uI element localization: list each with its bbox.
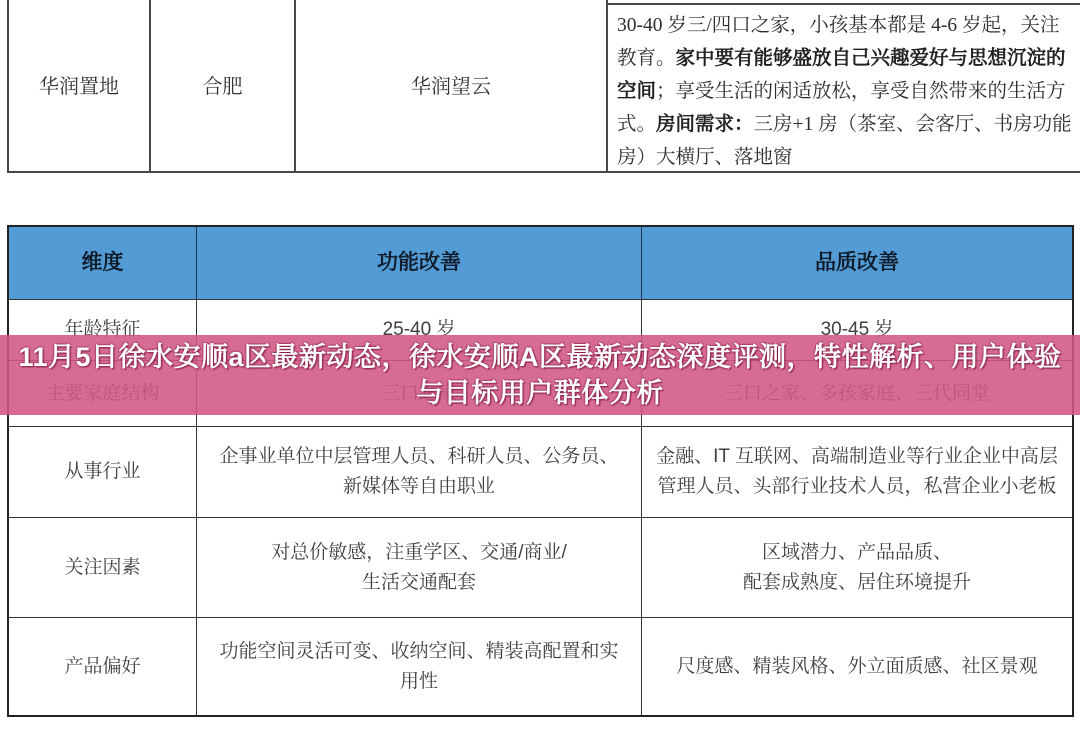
functional-cell: 企事业单位中层管理人员、科研人员、公务员、 新媒体等自由职业 (197, 427, 642, 517)
dimension-cell: 从事行业 (9, 427, 197, 517)
table-row-industry: 从事行业 企事业单位中层管理人员、科研人员、公务员、 新媒体等自由职业 金融、I… (9, 426, 1072, 517)
table-row-focus-factors: 关注因素 对总价敏感，注重学区、交通/商业/ 生活交通配套 区域潜力、产品品质、… (9, 517, 1072, 617)
project-name-cell: 华润望云 (296, 0, 608, 171)
profile-segment-bold: 房间需求： (656, 114, 754, 135)
dimension-cell: 产品偏好 (9, 618, 197, 715)
project-table: 华润置地 合肥 华润望云 30-40 岁三/四口之家，小孩基本都是 4-6 岁起… (7, 0, 1080, 173)
quality-cell: 尺度感、精装风格、外立面质感、社区景观 (642, 618, 1072, 715)
quality-cell: 区域潜力、产品品质、 配套成熟度、居住环境提升 (642, 518, 1072, 617)
customer-profile-cell: 30-40 岁三/四口之家，小孩基本都是 4-6 岁起，关注 教育。家中要有能够… (608, 3, 1080, 171)
city-cell: 合肥 (151, 0, 296, 171)
functional-cell: 功能空间灵活可变、收纳空间、精装高配置和实 用性 (197, 618, 642, 715)
page: 华润置地 合肥 华润望云 30-40 岁三/四口之家，小孩基本都是 4-6 岁起… (0, 0, 1080, 746)
header-cell-quality: 品质改善 (642, 227, 1072, 299)
title-banner-overlay: 11月5日徐水安顺a区最新动态，徐水安顺A区最新动态深度评测，特性解析、用户体验… (0, 335, 1080, 415)
table-header-row: 维度 功能改善 品质改善 (9, 227, 1072, 299)
dimension-cell: 关注因素 (9, 518, 197, 617)
article-title: 11月5日徐水安顺a区最新动态，徐水安顺A区最新动态深度评测，特性解析、用户体验… (18, 339, 1061, 411)
developer-cell: 华润置地 (9, 0, 151, 171)
header-cell-functional: 功能改善 (197, 227, 642, 299)
improvement-comparison-table: 维度 功能改善 品质改善 年龄特征 25-40 岁 30-45 岁 主要家庭结构… (7, 225, 1074, 717)
customer-profile-text: 30-40 岁三/四口之家，小孩基本都是 4-6 岁起，关注 教育。家中要有能够… (617, 9, 1080, 174)
quality-cell: 金融、IT 互联网、高端制造业等行业企业中高层 管理人员、头部行业技术人员，私营… (642, 427, 1072, 517)
table-row-product-preference: 产品偏好 功能空间灵活可变、收纳空间、精装高配置和实 用性 尺度感、精装风格、外… (9, 617, 1072, 715)
header-cell-dimension: 维度 (9, 227, 197, 299)
functional-cell: 对总价敏感，注重学区、交通/商业/ 生活交通配套 (197, 518, 642, 617)
